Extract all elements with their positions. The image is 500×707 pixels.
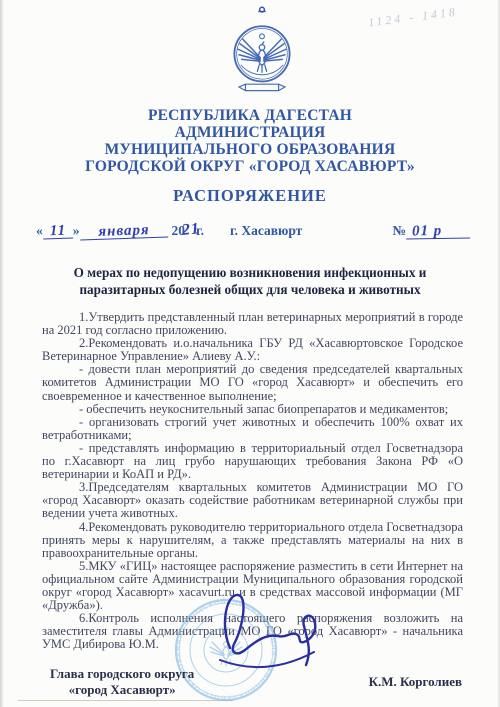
handwritten-number: 01 р — [406, 223, 470, 239]
open-quote: « — [36, 223, 43, 239]
dagestan-coat-of-arms-icon — [220, 6, 304, 103]
body-paragraph: 1.Утвердить представленный план ветерина… — [42, 311, 463, 337]
org-line-municipal: МУНИЦИПАЛЬНОГО ОБРАЗОВАНИЯ — [0, 141, 500, 158]
number-label: № — [392, 223, 406, 239]
handwritten-year: 21 — [181, 220, 201, 240]
signatory-name: К.М. Корголиев — [369, 666, 462, 690]
signatory-title-line1: Глава городского округа — [50, 666, 194, 681]
org-line-administration: АДМИНИСТРАЦИЯ — [0, 124, 500, 141]
document-title: О мерах по недопущению возникновения инф… — [59, 265, 441, 298]
body-paragraph: 4.Рекомендовать руководителю территориал… — [42, 521, 463, 560]
close-quote: » — [73, 223, 80, 239]
handwritten-month: января — [79, 222, 167, 240]
place-name: г. Хасавюрт — [230, 223, 302, 239]
letterhead: РЕСПУБЛИКА ДАГЕСТАН АДМИНИСТРАЦИЯ МУНИЦИ… — [0, 0, 500, 175]
handwritten-signature — [212, 586, 340, 679]
body-paragraph: 2.Рекомендовать и.о.начальника ГБУ РД «Х… — [42, 337, 463, 363]
body-paragraph: - организовать строгий учет животных и о… — [42, 416, 463, 442]
body-paragraph: 3.Председателям квартальных комитетов Ад… — [42, 481, 463, 520]
body-paragraph: - довести план мероприятий до сведения п… — [42, 363, 463, 402]
signatory-title-line2: «город Хасавюрт» — [69, 682, 176, 697]
signatory-title: Глава городского округа «город Хасавюрт» — [50, 666, 194, 698]
body-paragraph: - представлять информацию в территориаль… — [42, 442, 463, 481]
handwritten-day: 11 — [42, 223, 73, 239]
date-number-line: « 11 » января 20 21 г. г. Хасавюрт № 01 … — [0, 221, 500, 239]
document-page: 1124 - 1418 — [0, 0, 500, 707]
body-paragraph: - обеспечить неукоснительный запас биопр… — [42, 403, 463, 416]
org-line-republic: РЕСПУБЛИКА ДАГЕСТАН — [0, 107, 500, 124]
document-number: № 01 р — [392, 223, 470, 239]
document-type-heading: РАСПОРЯЖЕНИЕ — [0, 186, 500, 206]
scan-edge-artifact — [0, 0, 4, 707]
org-line-city: ГОРОДСКОЙ ОКРУГ «ГОРОД ХАСАВЮРТ» — [0, 158, 500, 175]
organization-name: РЕСПУБЛИКА ДАГЕСТАН АДМИНИСТРАЦИЯ МУНИЦИ… — [0, 107, 500, 175]
